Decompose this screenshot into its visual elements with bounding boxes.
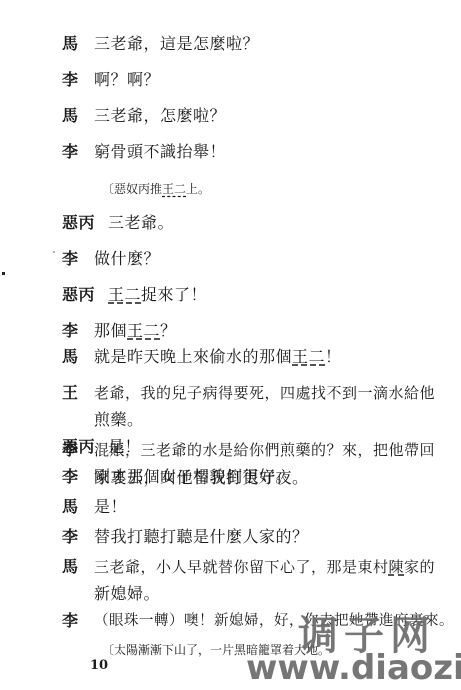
dialogue-text: 三老爺，小人早就替你留下心了，那是東村陳家的: [94, 557, 435, 577]
dialogue-line-1: 馬 三老爺，這是怎麼啦？: [62, 34, 79, 54]
dialogue-text: 窮骨頭不識抬舉！: [94, 142, 226, 162]
text-post: 捉來了！: [141, 285, 207, 304]
dialogue-text: 那個王二？: [94, 321, 177, 341]
scan-speck: [53, 251, 55, 253]
dialogue-text: 新媳婦。: [94, 584, 160, 604]
dialogue-line-6: 李 做什麼？: [62, 249, 79, 269]
dialogue-text: 三老爺。: [108, 213, 174, 233]
speaker-label: 惡丙: [62, 437, 95, 457]
dialogue-text: 混賬，三老爺的水是給你們煎藥的？來，把他帶回: [94, 440, 435, 460]
page-number: 10: [90, 658, 108, 673]
dialogue-line-2: 李 啊？啊？: [62, 70, 79, 90]
dialogue-text: 剛才那個女子相貌倒很好。: [94, 467, 292, 487]
text-pre: 就是昨天晚上來偷水的那個: [94, 347, 292, 366]
scan-speck: [2, 272, 5, 275]
speaker-label: 王: [62, 383, 79, 403]
dialogue-text: 老爺，我的兒子病得要死，四處找不到一滴水給他: [94, 383, 435, 403]
dialogue-line-ma-yes: 馬 是！: [62, 497, 79, 517]
dialogue-line-10: 王 老爺，我的兒子病得要死，四處找不到一滴水給他: [62, 383, 79, 403]
dialogue-text: 是！: [108, 437, 141, 457]
direction-text-post: 上。: [186, 182, 210, 196]
speaker-label: 馬: [62, 106, 79, 126]
speaker-label: 李: [62, 527, 79, 547]
dialogue-line-li-final: 李 （眼珠一轉）噢！新媳婦，好，你去把她帶進府裏來。: [62, 611, 79, 631]
speaker-label: 李: [62, 249, 79, 269]
speaker-label: 惡丙: [62, 213, 95, 233]
speaker-label: 李: [62, 321, 79, 341]
watermark-url: www.diaozi.com: [246, 648, 461, 688]
dialogue-line-5: 惡丙 三老爺。: [62, 213, 95, 233]
speaker-label: 馬: [62, 497, 79, 517]
text-post: 家的: [404, 558, 435, 576]
direction-name-underlined: 王二: [162, 182, 186, 196]
dialogue-text: 啊？啊？: [94, 70, 160, 90]
dialogue-text: 做什麼？: [94, 249, 160, 269]
direction-text-pre: 〔惡奴丙推: [102, 182, 162, 196]
name-underlined: 陳: [389, 558, 405, 576]
dialogue-text: 就是昨天晚上來偷水的那個王二！: [94, 347, 342, 367]
text-post: ？: [160, 321, 177, 340]
name-underlined: 王二: [127, 321, 160, 340]
dialogue-text: 王二捉來了！: [108, 285, 207, 305]
name-underlined: 王二: [108, 285, 141, 304]
speaker-label: 李: [62, 142, 79, 162]
dialogue-line-9: 馬 就是昨天晚上來偷水的那個王二！: [62, 347, 79, 367]
dialogue-line-4: 李 窮骨頭不識抬舉！: [62, 142, 79, 162]
dialogue-text: 煎藥。: [94, 410, 144, 430]
dialogue-line-7: 惡丙 王二捉來了！: [62, 285, 95, 305]
name-underlined: 王二: [292, 347, 325, 366]
text-pre: 那個: [94, 321, 127, 340]
dialogue-line-ebing-yes: 惡丙 是！: [62, 437, 95, 457]
speaker-label: 馬: [62, 34, 79, 54]
speaker-label: 馬: [62, 557, 79, 577]
speaker-label: 惡丙: [62, 285, 95, 305]
dialogue-line-8: 李 那個王二？: [62, 321, 79, 341]
dialogue-text: 替我打聽打聽是什麼人家的？: [94, 527, 309, 547]
dialogue-text: 三老爺，這是怎麼啦？: [94, 34, 259, 54]
text-pre: 三老爺，小人早就替你留下心了，那是東村: [94, 558, 389, 576]
stage-direction-1: 〔惡奴丙推王二上。: [102, 181, 210, 197]
speaker-label: 李: [62, 611, 79, 631]
text-post: ！: [325, 347, 342, 366]
speaker-label: 馬: [62, 347, 79, 367]
speaker-label: 李: [62, 70, 79, 90]
dialogue-text: 是！: [94, 497, 127, 517]
speaker-label: 李: [62, 467, 79, 487]
dialogue-line-li-ask: 李 替我打聽打聽是什麼人家的？: [62, 527, 79, 547]
dialogue-line-li-remark: 李 剛才那個女子相貌倒很好。: [62, 467, 79, 487]
dialogue-line-3: 馬 三老爺，怎麼啦？: [62, 106, 79, 126]
dialogue-line-ma-answer: 馬 三老爺，小人早就替你留下心了，那是東村陳家的: [62, 557, 79, 577]
dialogue-text: 三老爺，怎麼啦？: [94, 106, 226, 126]
